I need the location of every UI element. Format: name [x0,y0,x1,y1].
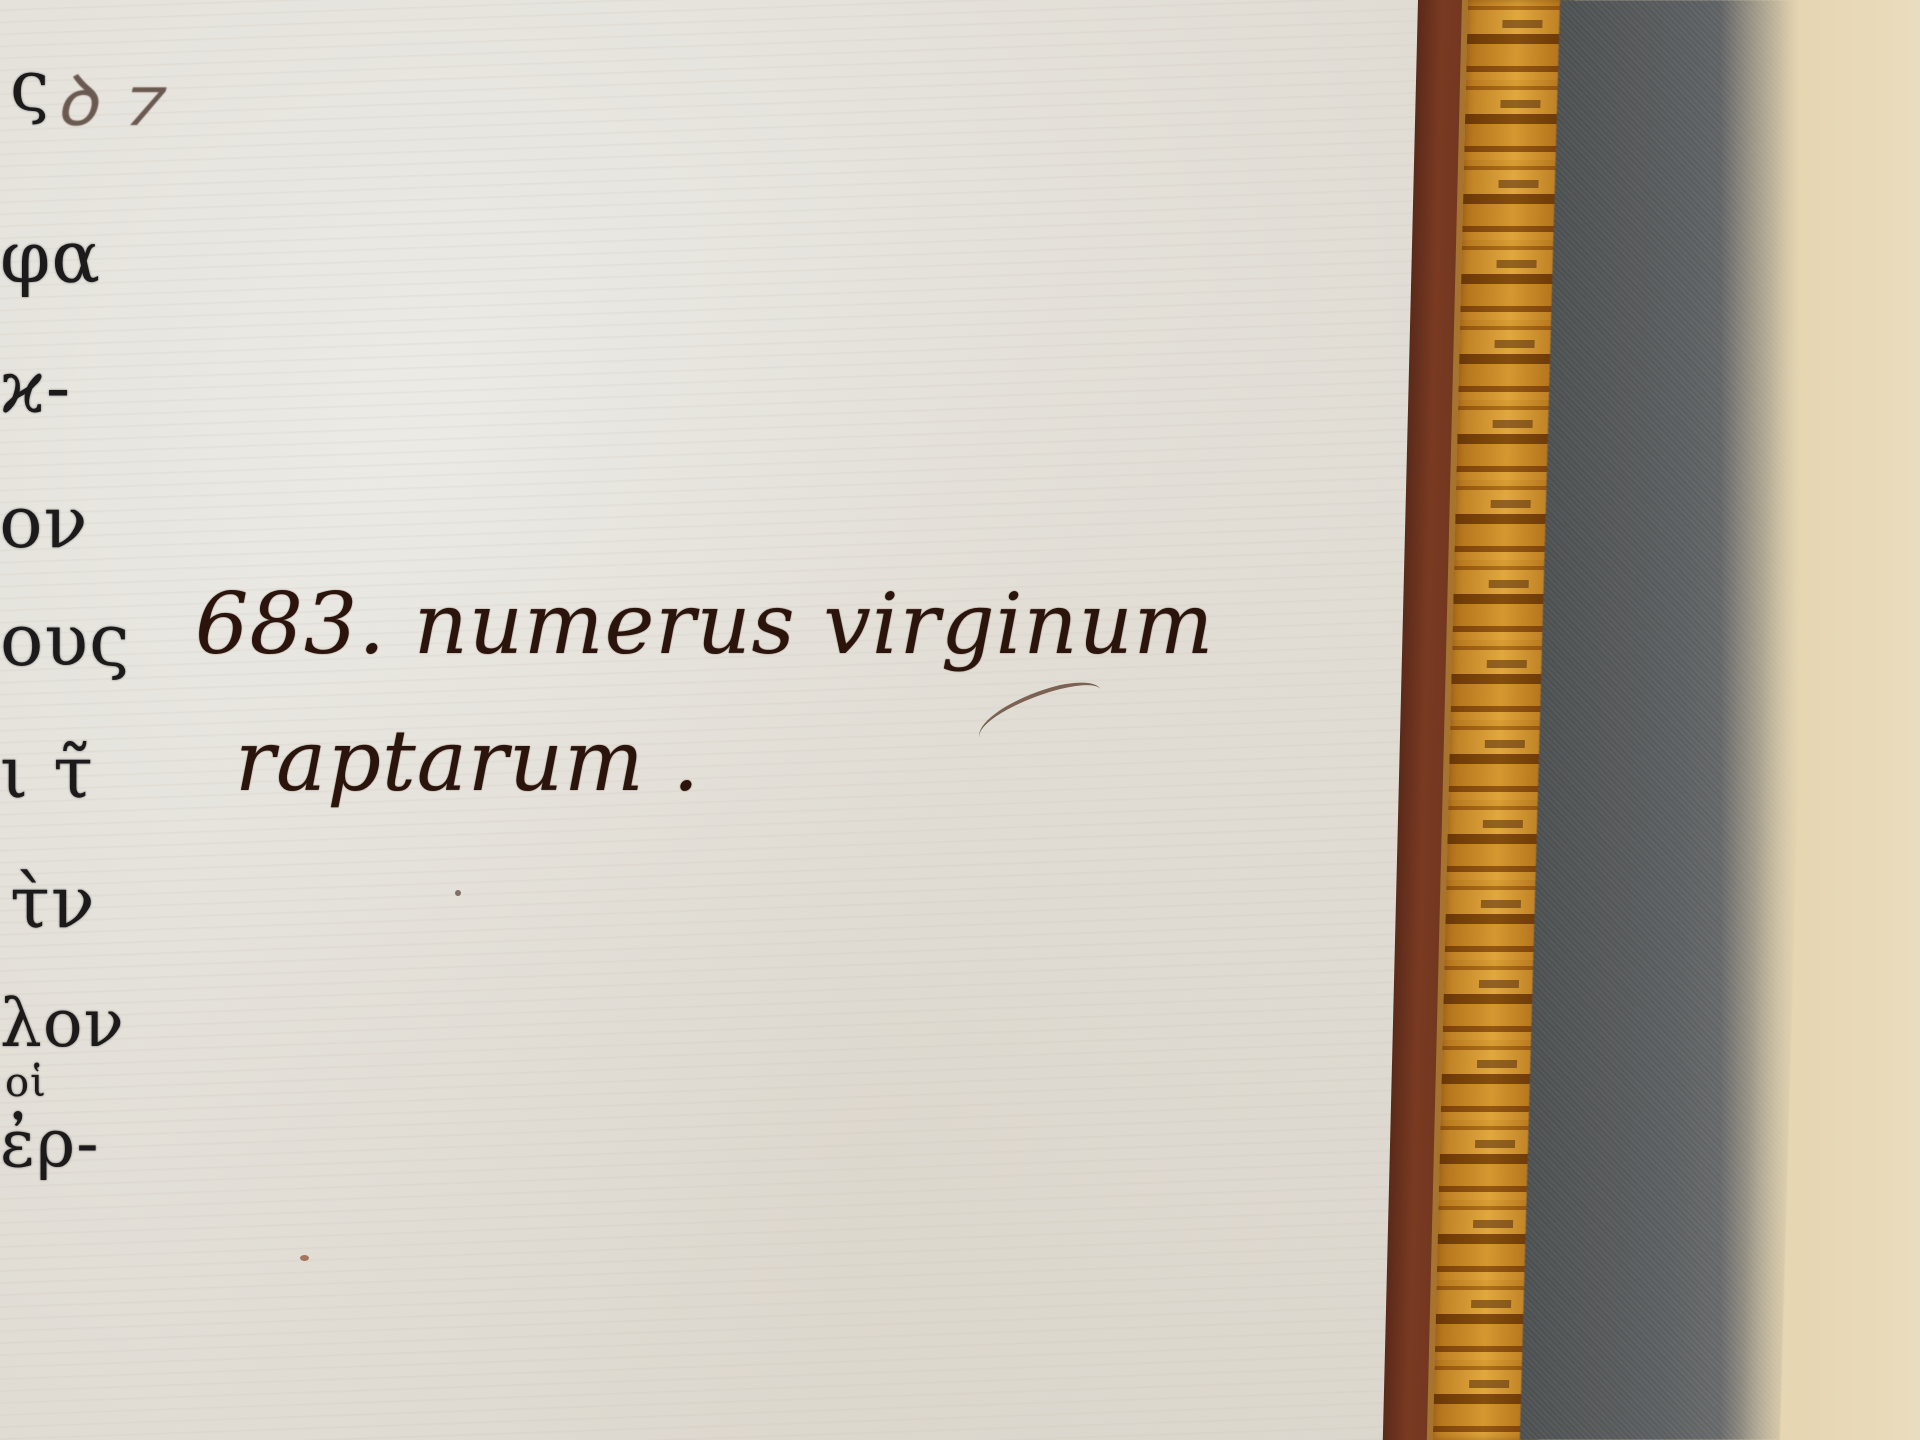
greek-fragment-7: τ̀ν [10,860,96,944]
ink-speck [455,890,461,896]
ink-speck [300,1255,309,1261]
greek-fragment-4: ιον [0,480,88,564]
greek-fragment-6: ι τ̃ [0,730,94,814]
greek-fragment-1: ς [10,45,50,127]
greek-fragment-2: φα [0,215,101,299]
annotation-line-2: raptarum . [235,712,700,810]
greek-fragment-5: ους [0,598,130,682]
photo-scene: ς ꝺ ⁊ φα ϰ- ιον ους ι τ̃ τ̀ν λον οἱ ἐρ- … [0,0,1920,1440]
faded-bleedthrough: ꝺ ⁊ [55,50,162,146]
greek-fragment-9: οἱ [5,1060,47,1106]
greek-fragment-10: ἐρ- [0,1105,100,1182]
blurred-background [1720,0,1920,1440]
annotation-line-1: 683. numerus virginum [195,575,1214,673]
manuscript-page [0,0,1450,1440]
greek-fragment-8: λον [0,985,125,1062]
greek-fragment-3: ϰ- [0,345,71,429]
